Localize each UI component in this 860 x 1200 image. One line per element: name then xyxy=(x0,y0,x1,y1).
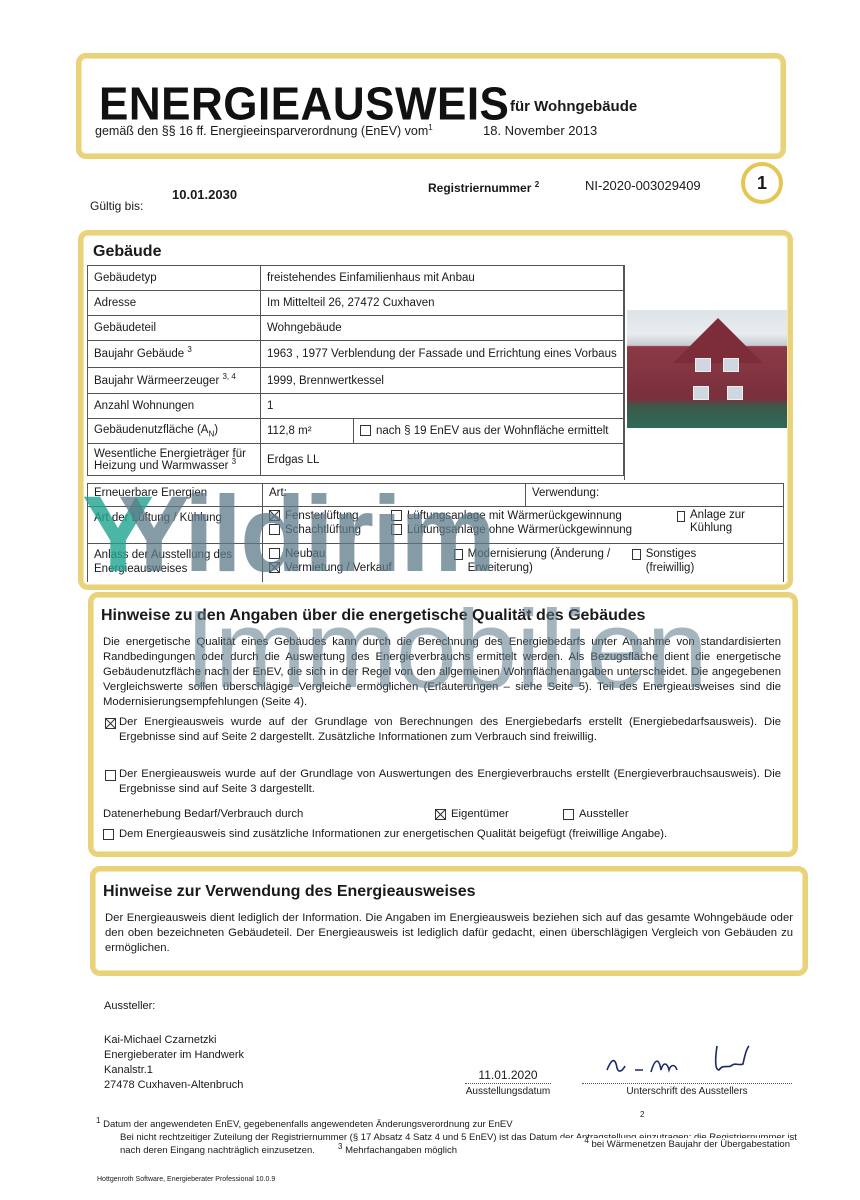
checkbox-checked[interactable] xyxy=(269,510,280,521)
hints-section: Hinweise zu den Angaben über die energet… xyxy=(88,592,798,857)
checkbox-checked[interactable] xyxy=(105,718,116,729)
checkbox[interactable] xyxy=(105,770,116,781)
row-value: Im Mittelteil 26, 27472 Cuxhaven xyxy=(261,291,624,316)
option-issuer[interactable]: Aussteller xyxy=(563,807,629,822)
row-value: 1963 , 1977 Verblendung der Fassade und … xyxy=(261,341,624,368)
option-rent-sale[interactable]: Vermietung / Verkauf xyxy=(269,561,444,575)
data-collection-label: Datenerhebung Bedarf/Verbrauch durch xyxy=(103,808,303,820)
ventilation-options-b: Lüftungsanlage mit Wärmerückgewinnung Lü… xyxy=(387,507,673,543)
issuer-label: Aussteller: xyxy=(104,999,155,1014)
checkbox[interactable] xyxy=(632,549,641,560)
issuer-block: Kai-Michael Czarnetzki Energieberater im… xyxy=(104,1033,244,1093)
checkbox-checked[interactable] xyxy=(435,809,446,820)
option-window[interactable]: Fensterlüftung xyxy=(269,509,381,523)
checkbox[interactable] xyxy=(269,548,280,559)
window xyxy=(723,358,739,372)
label-text: Baujahr Wärmeerzeuger xyxy=(94,375,219,387)
extended-rows: Erneuerbare Energien Art: Verwendung: Ar… xyxy=(87,483,784,582)
option-label: nach § 19 EnEV aus der Wohnfläche ermitt… xyxy=(376,425,608,437)
footnote-text: bei Wärmenetzen Baujahr der Übergabestat… xyxy=(591,1139,790,1150)
option-text: Der Energieausweis wurde auf der Grundla… xyxy=(119,716,781,743)
signature-block: Unterschrift des Ausstellers xyxy=(582,1040,792,1099)
window xyxy=(727,386,743,400)
software-credit: Hottgenroth Software, Energieberater Pro… xyxy=(97,1173,275,1186)
signature-label: Unterschrift des Ausstellers xyxy=(582,1083,792,1099)
footnote-ref: 2 xyxy=(535,180,539,189)
row-label: Anzahl Wohnungen xyxy=(88,394,261,419)
row-value: 1999, Brennwertkessel xyxy=(261,368,624,394)
option-label: Sonstiges (freiwillig) xyxy=(646,547,722,579)
option-additional[interactable]: Dem Energieausweis sind zusätzliche Info… xyxy=(103,827,781,842)
row-label: Anlass der Ausstellung des Energieauswei… xyxy=(88,544,263,582)
row-label: Baujahr Wärmeerzeuger 3, 4 xyxy=(88,368,261,394)
checkbox[interactable] xyxy=(454,549,463,560)
footnote-ref: 3 xyxy=(232,457,236,466)
option-label: Vermietung / Verkauf xyxy=(285,562,392,574)
footnote-text: Mehrfachangaben möglich xyxy=(345,1145,457,1156)
registration-label-text: Registriernummer xyxy=(428,181,531,195)
option-other[interactable]: Sonstiges (freiwillig) xyxy=(628,544,726,582)
option-label: Schachtlüftung xyxy=(285,524,361,536)
label-end: ) xyxy=(214,424,218,436)
checkbox[interactable] xyxy=(391,524,402,535)
roof-shape xyxy=(673,318,763,363)
page-number-badge: 1 xyxy=(741,162,783,204)
option-label: Modernisierung (Änderung / Erweiterung) xyxy=(468,547,624,579)
legal-basis: gemäß den §§ 16 ff. Energieeinsparverord… xyxy=(95,124,433,138)
registration-label: Registriernummer 2 xyxy=(428,181,539,195)
enev-date: 18. November 2013 xyxy=(483,123,597,138)
footnote-ref: 3 xyxy=(187,345,191,354)
checkbox-checked[interactable] xyxy=(269,562,280,573)
usage-section: Hinweise zur Verwendung des Energieauswe… xyxy=(90,866,808,976)
option-text: Der Energieausweis wurde auf der Grundla… xyxy=(119,768,781,795)
row-label: Adresse xyxy=(88,291,261,316)
option-label: Lüftungsanlage ohne Wärmerückgewinnung xyxy=(407,524,632,536)
option-without-recovery[interactable]: Lüftungsanlage ohne Wärmerückgewinnung xyxy=(391,523,669,537)
option-label: Fensterlüftung xyxy=(285,510,359,522)
option-demand[interactable]: Der Energieausweis wurde auf der Grundla… xyxy=(103,715,781,745)
footnote-1: 1 Datum der angewendeten EnEV, gegebenen… xyxy=(104,1118,554,1131)
checkbox[interactable] xyxy=(360,425,371,436)
issue-date-block: 11.01.2020 Ausstellungsdatum xyxy=(465,1068,551,1099)
row-label: Art der Lüftung / Kühlung xyxy=(88,507,263,543)
checkbox[interactable] xyxy=(677,511,685,522)
renewable-row: Erneuerbare Energien Art: Verwendung: xyxy=(87,483,784,506)
label-text: Wesentliche Energieträger für Heizung un… xyxy=(94,448,246,472)
option-label: Anlage zur Kühlung xyxy=(690,509,757,541)
row-value: Erdgas LL xyxy=(261,444,624,476)
photo-cell xyxy=(624,265,789,480)
data-collection-row: Datenerhebung Bedarf/Verbrauch durch Eig… xyxy=(103,807,781,822)
window xyxy=(693,386,709,400)
option-shaft[interactable]: Schachtlüftung xyxy=(269,523,381,537)
issuer-name: Kai-Michael Czarnetzki xyxy=(104,1033,244,1048)
footnote-ref: 1 xyxy=(428,123,432,132)
checkbox[interactable] xyxy=(563,809,574,820)
footnote-ref: 3, 4 xyxy=(222,372,235,381)
occasion-options-a: Neubau Vermietung / Verkauf xyxy=(263,544,450,582)
signature-scribble xyxy=(597,1040,777,1078)
checkbox[interactable] xyxy=(269,524,280,535)
option-new[interactable]: Neubau xyxy=(269,547,444,561)
checkbox[interactable] xyxy=(391,510,402,521)
issue-date-label: Ausstellungsdatum xyxy=(465,1083,551,1099)
option-cooling[interactable]: Anlage zur Kühlung xyxy=(673,507,761,543)
building-photo xyxy=(627,310,787,428)
window xyxy=(695,358,711,372)
issuer-street: Kanalstr.1 xyxy=(104,1063,244,1078)
ventilation-row: Art der Lüftung / Kühlung Fensterlüftung… xyxy=(87,506,784,543)
row-value: freistehendes Einfamilienhaus mit Anbau xyxy=(261,266,624,291)
usage-text: Der Energieausweis dient lediglich der I… xyxy=(105,911,793,956)
option-consumption[interactable]: Der Energieausweis wurde auf der Grundla… xyxy=(103,767,781,797)
document-subtitle: für Wohngebäude xyxy=(510,98,637,115)
option-label: Neubau xyxy=(285,548,325,560)
row-value: Wohngebäude xyxy=(261,316,624,341)
hints-intro: Die energetische Qualität eines Gebäudes… xyxy=(103,635,781,710)
row-label: Gebäudetyp xyxy=(88,266,261,291)
building-section: Gebäude Gebäudetypfreistehendes Einfamil… xyxy=(78,230,793,590)
footnote-3: 3 Mehrfachangaben möglich xyxy=(338,1144,457,1157)
issuer-role: Energieberater im Handwerk xyxy=(104,1048,244,1063)
header-frame: ENERGIEAUSWEIS für Wohngebäude gemäß den… xyxy=(76,53,786,159)
label-text: Gebäudenutzfläche (A xyxy=(94,424,208,436)
registration-number: NI-2020-003029409 xyxy=(585,178,701,193)
option-text: Dem Energieausweis sind zusätzliche Info… xyxy=(119,828,667,840)
ventilation-options-a: Fensterlüftung Schachtlüftung xyxy=(263,507,387,543)
valid-until: 10.01.2030 xyxy=(172,187,237,202)
label-text: Baujahr Gebäude xyxy=(94,348,184,360)
row-label: Baujahr Gebäude 3 xyxy=(88,341,261,368)
option-label: Eigentümer xyxy=(451,808,509,820)
footnote-2-head: 2 xyxy=(640,1112,644,1125)
renewable-type: Art: xyxy=(263,484,526,506)
row-value: 112,8 m² xyxy=(261,419,354,444)
footnote-4: 4 bei Wärmenetzen Baujahr der Übergabest… xyxy=(560,1138,790,1151)
row-label: Gebäudenutzfläche (AN) xyxy=(88,419,261,444)
row-label: Erneuerbare Energien xyxy=(88,484,263,506)
building-table: Gebäudetypfreistehendes Einfamilienhaus … xyxy=(87,265,624,476)
renewable-use: Verwendung: xyxy=(526,484,605,506)
legal-basis-text: gemäß den §§ 16 ff. Energieeinsparverord… xyxy=(95,124,428,138)
occasion-row: Anlass der Ausstellung des Energieauswei… xyxy=(87,543,784,582)
section-title: Hinweise zu den Angaben über die energet… xyxy=(101,607,645,625)
issue-date: 11.01.2020 xyxy=(465,1068,551,1083)
area-option[interactable]: nach § 19 EnEV aus der Wohnfläche ermitt… xyxy=(354,419,624,444)
option-label: Aussteller xyxy=(579,808,629,820)
checkbox[interactable] xyxy=(103,829,114,840)
section-title: Gebäude xyxy=(93,243,161,261)
row-label: Wesentliche Energieträger für Heizung un… xyxy=(88,444,261,476)
option-with-recovery[interactable]: Lüftungsanlage mit Wärmerückgewinnung xyxy=(391,509,669,523)
section-title: Hinweise zur Verwendung des Energieauswe… xyxy=(103,883,476,901)
row-value: 1 xyxy=(261,394,624,419)
option-owner[interactable]: Eigentümer xyxy=(435,807,509,822)
valid-label: Gültig bis: xyxy=(90,199,143,213)
row-label: Gebäudeteil xyxy=(88,316,261,341)
option-label: Lüftungsanlage mit Wärmerückgewinnung xyxy=(407,510,622,522)
footnote-text: Datum der angewendeten EnEV, gegebenenfa… xyxy=(103,1119,513,1130)
option-modernization[interactable]: Modernisierung (Änderung / Erweiterung) xyxy=(450,544,628,582)
issuer-city: 27478 Cuxhaven-Altenbruch xyxy=(104,1078,244,1093)
